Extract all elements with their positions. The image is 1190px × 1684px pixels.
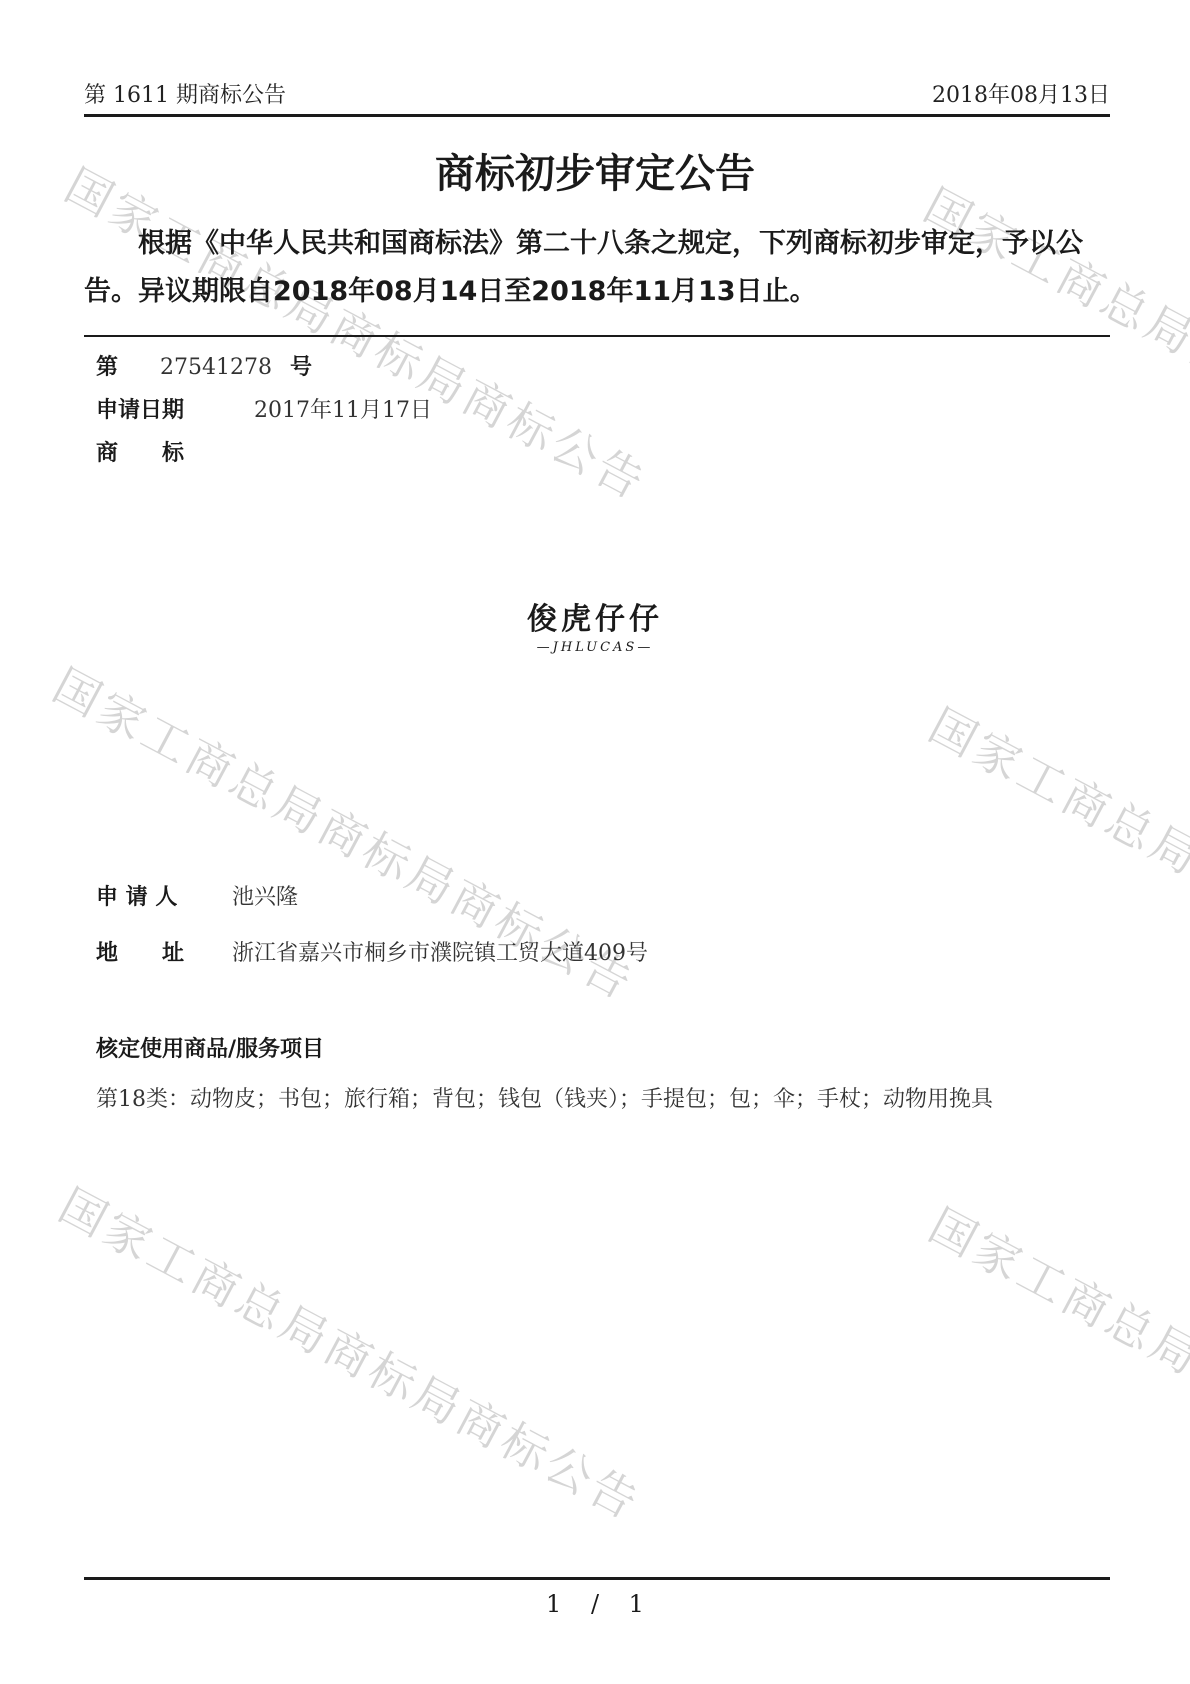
trademark-logo: 俊虎仔仔 —JHLUCAS— (0, 594, 1190, 655)
watermark: 国家工商总局商标局商标公告 (919, 1190, 1190, 1553)
issue-number: 第 1611 期商标公告 (84, 78, 286, 109)
trademark-chinese-text: 俊虎仔仔 (0, 594, 1190, 638)
watermark: 国家工商总局商标局商标公告 (919, 690, 1190, 1053)
applicant-label: 申 请 人 (96, 880, 232, 911)
publication-date: 2018年08月13日 (932, 78, 1110, 109)
application-date-label: 申请日期 (96, 393, 254, 424)
applicant-field: 申 请 人 池兴隆 (96, 880, 298, 911)
header-divider (84, 114, 1110, 117)
trademark-label: 商 标 (96, 436, 184, 467)
application-date-field: 申请日期 2017年11月17日 (96, 393, 432, 424)
page-indicator: 1 / 1 (0, 1590, 1190, 1618)
address-field: 地 址 浙江省嘉兴市桐乡市濮院镇工贸大道409号 (96, 936, 648, 967)
application-date: 2017年11月17日 (254, 393, 432, 424)
address-label: 地 址 (96, 936, 232, 967)
section-divider (84, 335, 1110, 337)
address: 浙江省嘉兴市桐乡市濮院镇工贸大道409号 (232, 936, 648, 967)
page-header: 第 1611 期商标公告 2018年08月13日 (84, 78, 1110, 109)
registration-number-prefix: 第 (96, 350, 160, 381)
preamble-text: 根据《中华人民共和国商标法》第二十八条之规定，下列商标初步审定，予以公告。异议期… (84, 220, 1110, 316)
trademark-latin-text: —JHLUCAS— (0, 640, 1190, 655)
page-title: 商标初步审定公告 (0, 142, 1190, 199)
goods-list: 第18类：动物皮；书包；旅行箱；背包；钱包（钱夹）；手提包；包；伞；手杖；动物用… (96, 1082, 993, 1113)
applicant-name: 池兴隆 (232, 880, 298, 911)
trademark-field: 商 标 (96, 436, 184, 467)
footer-divider (84, 1577, 1110, 1580)
goods-heading: 核定使用商品/服务项目 (96, 1032, 324, 1063)
registration-number-suffix: 号 (290, 350, 312, 381)
registration-number-field: 第 27541278 号 (96, 350, 312, 381)
registration-number: 27541278 (160, 355, 290, 380)
watermark: 国家工商总局商标局商标公告 (49, 1170, 654, 1533)
